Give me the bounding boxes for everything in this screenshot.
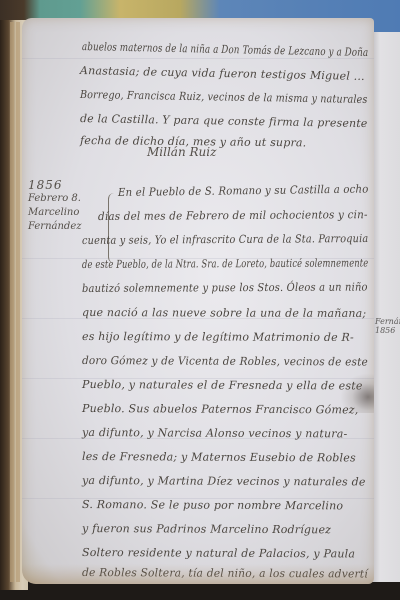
facing-page: Fernánd 1856 xyxy=(370,32,400,582)
text-line: cuenta y seis, Yo el infrascrito Cura de… xyxy=(82,232,368,247)
margin-given-name: Marcelino xyxy=(28,206,108,220)
text-line: les de Fresneda; y Maternos Eusebio de R… xyxy=(82,450,356,464)
text-line: Pueblo, y naturales el de Fresneda y ell… xyxy=(82,378,363,392)
priest-signature: Millán Ruiz xyxy=(147,145,216,159)
text-line: de la Castilla. Y para que conste firma … xyxy=(80,112,368,130)
facing-page-margin-note: Fernánd 1856 xyxy=(375,317,400,335)
text-line: bautizó solemnemente y puse los Stos. Ól… xyxy=(82,281,368,295)
text-line: días del mes de Febrero de mil ochocient… xyxy=(98,208,368,223)
text-line: abuelos maternos de la niña a Don Tomás … xyxy=(82,40,369,59)
page-edge xyxy=(16,22,20,582)
text-line: ya difunto, y Martina Díez vecinos y nat… xyxy=(82,474,366,488)
margin-brace xyxy=(108,193,115,263)
text-line: es hijo legítimo y de legítimo Matrimoni… xyxy=(82,330,354,344)
manuscript-page: abuelos maternos de la niña a Don Tomás … xyxy=(22,18,374,584)
margin-surname: Fernández xyxy=(28,220,108,234)
margin-year: 1856 xyxy=(28,178,108,192)
page-edge xyxy=(10,22,14,582)
margin-date: Febrero 8. xyxy=(28,192,108,206)
margin-annotation: 1856 Febrero 8. Marcelino Fernández xyxy=(28,178,108,234)
text-line: Pueblo. Sus abuelos Paternos Francisco G… xyxy=(82,402,359,416)
page-crease xyxy=(340,373,374,413)
page-stain xyxy=(22,564,374,584)
text-line: y fueron sus Padrinos Marcelino Rodrígue… xyxy=(82,522,331,536)
text-line: ya difunto, y Narcisa Alonso vecinos y n… xyxy=(82,426,347,440)
text-line: de este Pueblo, de la Ntra. Sra. de Lore… xyxy=(82,257,368,271)
text-line: Anastasia; de cuya vida fueron testigos … xyxy=(80,64,365,83)
text-line: Borrego, Francisca Ruiz, vecinos de la m… xyxy=(80,88,368,106)
text-line: En el Pueblo de S. Romano y su Castilla … xyxy=(118,183,369,199)
text-line: Soltero residente y natural de Palacios,… xyxy=(82,546,355,560)
text-line: doro Gómez y de Vicenta de Robles, vecin… xyxy=(82,354,368,368)
text-line: S. Romano. Se le puso por nombre Marceli… xyxy=(82,498,343,512)
text-line: que nació a las nueve sobre la una de la… xyxy=(82,306,366,320)
